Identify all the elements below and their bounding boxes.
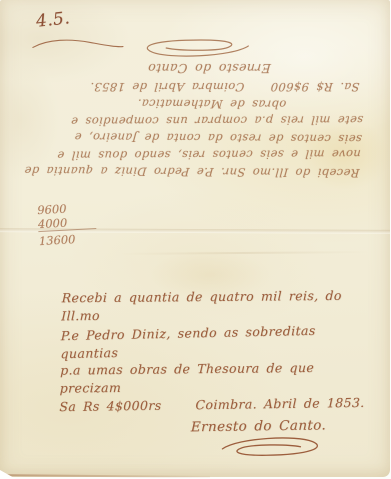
- sum-addend: 4000: [38, 214, 97, 232]
- paper-corner: [0, 470, 16, 479]
- amount-notation: Sa. R$ 9$600: [270, 78, 360, 95]
- manuscript-line: Recebi a quantia de quatro mil reis, do …: [61, 287, 368, 326]
- inverted-receipt-block: Recebi do Ill.mo Snr. P.e Pedro Diniz a …: [23, 36, 369, 180]
- signature-rubric-flourish: [208, 432, 327, 460]
- manuscript-line: nove mil e seis centos reis, sendo dous …: [24, 145, 361, 164]
- manuscript-line: Recebi do Ill.mo Snr. P.e Pedro Diniz a …: [23, 162, 360, 181]
- amount-notation: Sa Rs 4$000rs: [59, 397, 162, 416]
- archival-note: 4.5.: [35, 8, 71, 31]
- manuscript-line: seis centos de resto da conta de Janeiro…: [25, 128, 362, 147]
- paper-bottom-edge: [0, 474, 210, 478]
- scanned-document: 4.5. Recebi do Ill.mo Snr. P.e Pedro Din…: [0, 0, 391, 479]
- signature-rubric-flourish: [133, 36, 265, 60]
- signature: Ernesto do Canto.: [191, 416, 365, 436]
- signature: Ernesto do Canto: [30, 60, 367, 77]
- place-date: Coimbra Abril de 1853.: [89, 78, 245, 95]
- main-receipt-block: Recebi a quantia de quatro mil reis, do …: [58, 286, 368, 462]
- manuscript-line: sete mil reis p.a comprar uns compendios…: [27, 111, 364, 130]
- manuscript-line: obras de Mathematica.: [28, 94, 365, 113]
- sum-column: 9600 4000 13600: [37, 199, 119, 248]
- manuscript-line: P.e Pedro Diniz, sendo as sobreditas qua…: [60, 321, 367, 363]
- place-date: Coimbra. Abril de 1853.: [195, 394, 365, 414]
- manuscript-line: p.a umas obras de Thesoura de que preciz…: [60, 358, 367, 397]
